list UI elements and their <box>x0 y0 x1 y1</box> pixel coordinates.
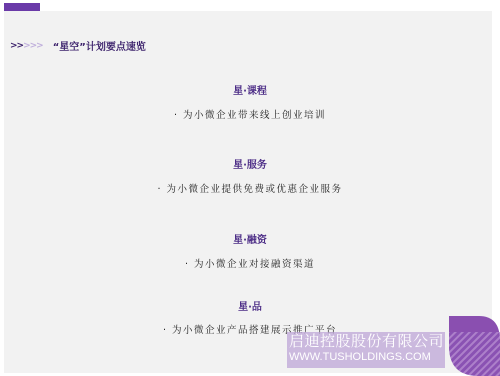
section-heading: >>>>> “星空”计划要点速览 <box>10 38 146 53</box>
leaf-decoration-icon <box>449 316 500 376</box>
arrows-icon: >>>>> <box>10 41 43 51</box>
section-title-product: 星·品 <box>0 298 500 313</box>
watermark-url: WWW.TUSHOLDINGS.COM <box>287 350 445 364</box>
section-desc-course: · 为小微企业带来线上创业培训 <box>0 107 500 121</box>
watermark-company: 启迪控股股份有限公司 <box>287 332 445 350</box>
watermark: 启迪控股股份有限公司 WWW.TUSHOLDINGS.COM <box>287 332 445 368</box>
section-desc-service: · 为小微企业提供免费或优惠企业服务 <box>0 181 500 195</box>
section-title-service: 星·服务 <box>0 156 500 171</box>
section-desc-finance: · 为小微企业对接融资渠道 <box>0 256 500 270</box>
section-title-finance: 星·融资 <box>0 231 500 246</box>
page-title: “星空”计划要点速览 <box>53 38 146 53</box>
section-title-course: 星·课程 <box>0 82 500 97</box>
